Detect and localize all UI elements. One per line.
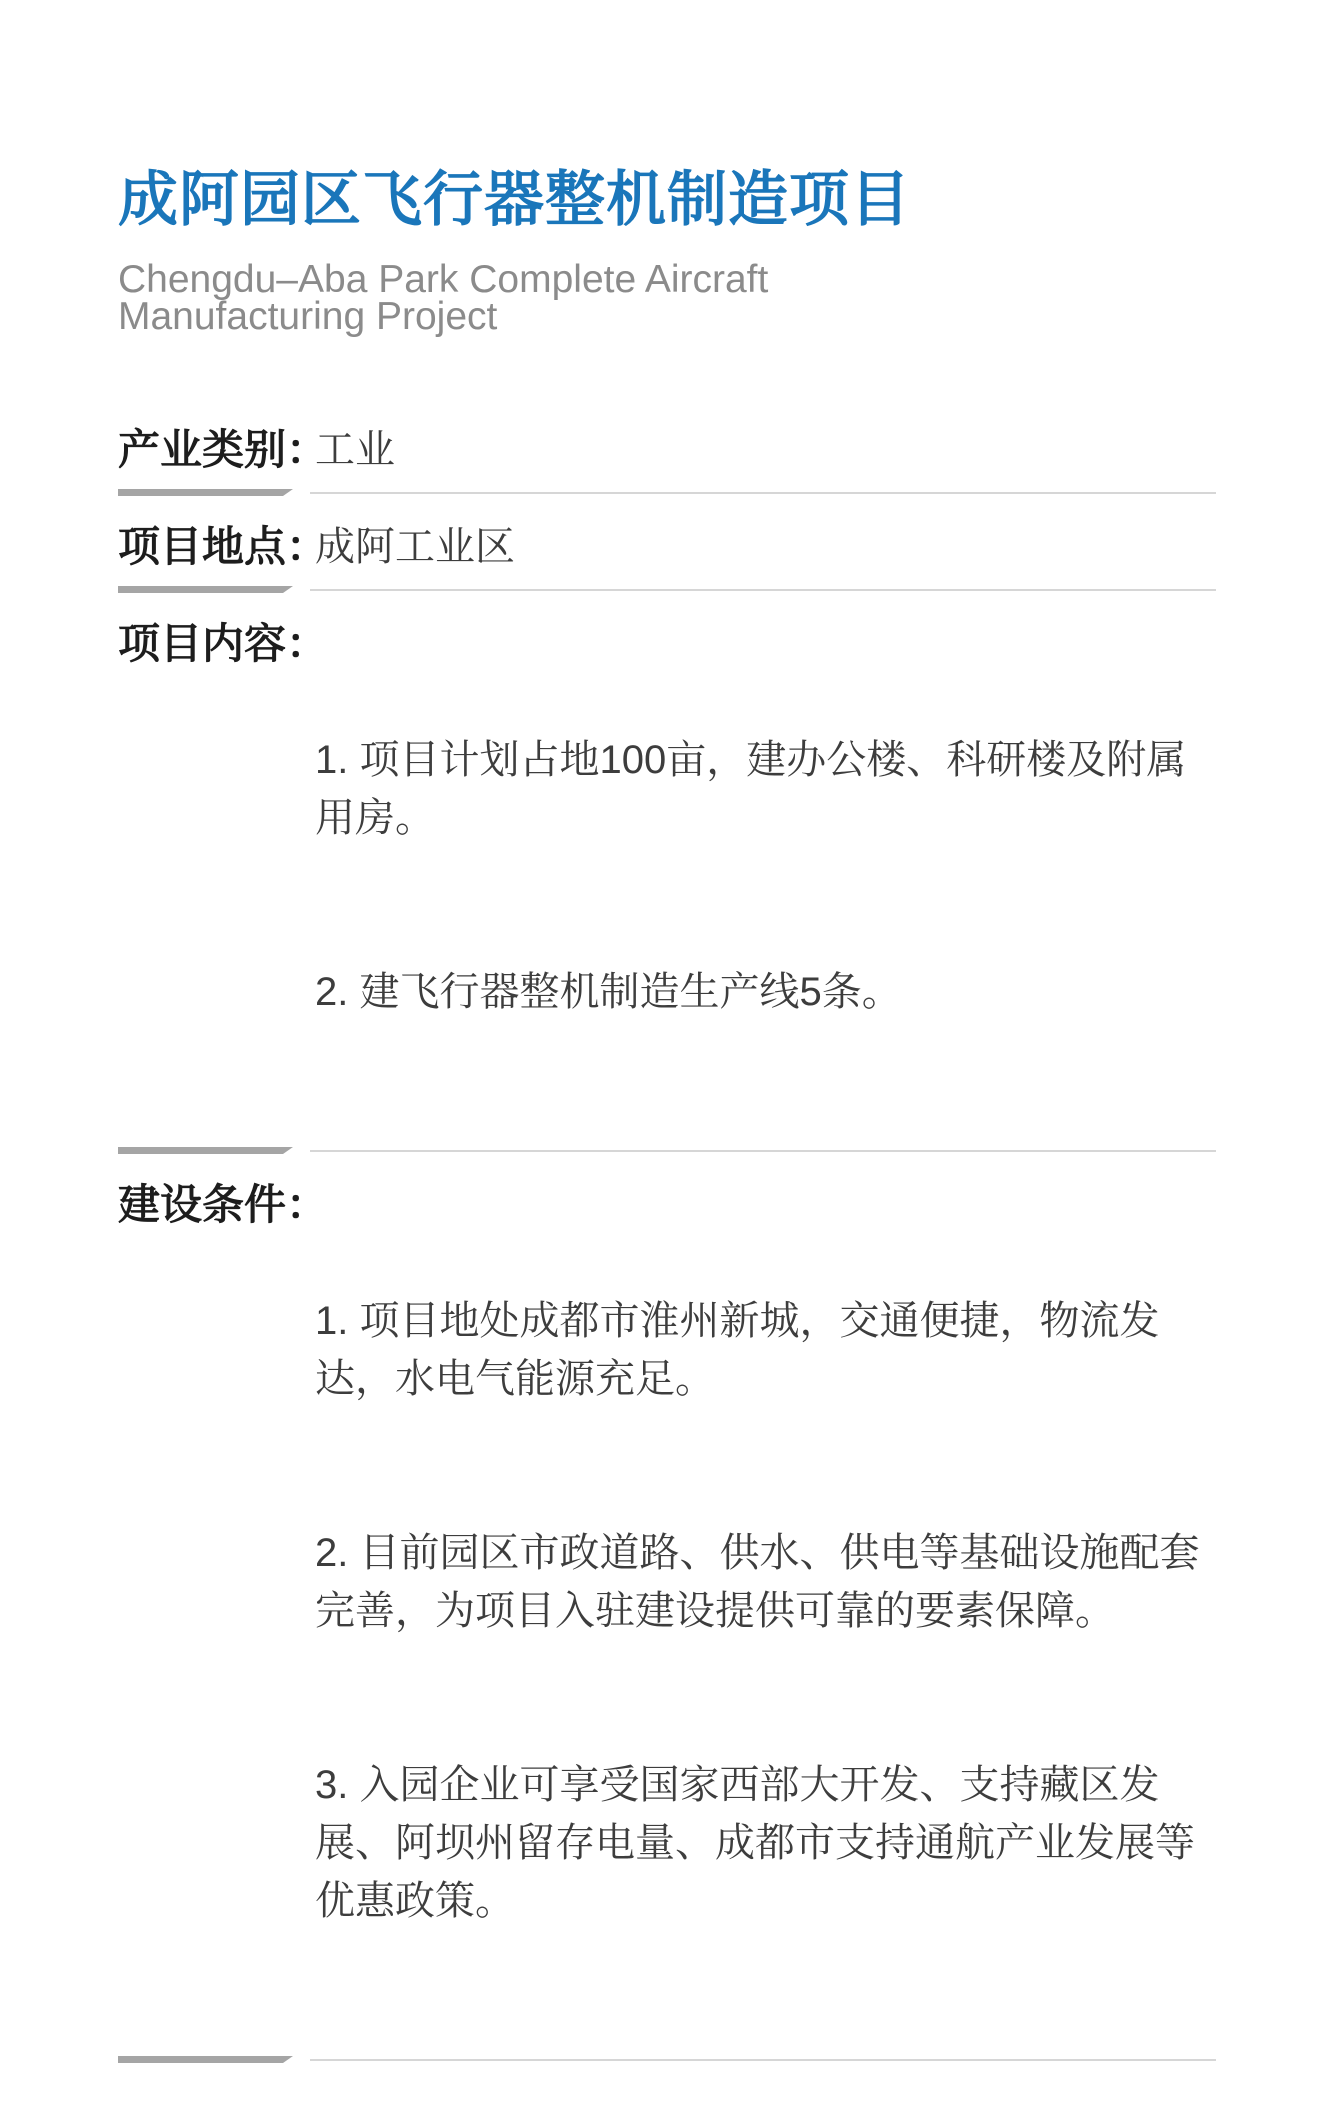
project-location-value: 成阿工业区: [315, 518, 1216, 576]
project-content-value: 1. 项目计划占地100亩，建办公楼、科研楼及附属 用房。 2. 建飞行器整机制…: [315, 615, 1216, 1137]
page-content: 成阿园区飞行器整机制造项目 Chengdu–Aba Park Complete …: [0, 0, 1334, 2063]
construction-conditions-item-1: 1. 项目地处成都市淮州新城，交通便捷，物流发 达，水电气能源充足。: [315, 1292, 1216, 1408]
divider-gap: [293, 492, 310, 493]
construction-conditions-item-2: 2. 目前园区市政道路、供水、供电等基础设施配套 完善，为项目入驻建设提供可靠的…: [315, 1524, 1216, 1640]
project-content-label: 项目内容：: [118, 615, 315, 673]
divider-gap: [293, 1150, 310, 1151]
divider-thick-bar: [118, 586, 293, 593]
row-divider: [118, 1147, 1216, 1154]
divider-thin-line: [310, 1150, 1216, 1152]
row-divider: [118, 2056, 1216, 2063]
industry-category-label: 产业类别：: [118, 421, 315, 479]
construction-conditions-item-3: 3. 入园企业可享受国家西部大开发、支持藏区发 展、阿坝州留存电量、成都市支持通…: [315, 1756, 1216, 1930]
divider-thick-bar: [118, 2056, 293, 2063]
project-info-list: 产业类别： 工业 项目地点： 成阿工业区 项目内容： 1. 项目计划占: [118, 421, 1216, 2063]
project-location-label: 项目地点：: [118, 518, 315, 576]
row-divider: [118, 489, 1216, 496]
project-content-item-1: 1. 项目计划占地100亩，建办公楼、科研楼及附属 用房。: [315, 731, 1216, 847]
row-divider: [118, 586, 1216, 593]
divider-thin-line: [310, 492, 1216, 494]
divider-thick-bar: [118, 1147, 293, 1154]
info-row-project-location: 项目地点： 成阿工业区: [118, 518, 1216, 576]
project-title-en: Chengdu–Aba Park Complete Aircraft Manuf…: [118, 261, 1216, 335]
info-row-construction-conditions: 建设条件： 1. 项目地处成都市淮州新城，交通便捷，物流发 达，水电气能源充足。…: [118, 1176, 1216, 2046]
industry-category-value: 工业: [315, 421, 1216, 479]
divider-thin-line: [310, 589, 1216, 591]
divider-gap: [293, 589, 310, 590]
divider-thick-bar: [118, 489, 293, 496]
construction-conditions-label: 建设条件：: [118, 1176, 315, 1234]
project-title-zh: 成阿园区飞行器整机制造项目: [118, 168, 1216, 232]
info-row-project-content: 项目内容： 1. 项目计划占地100亩，建办公楼、科研楼及附属 用房。 2. 建…: [118, 615, 1216, 1137]
divider-gap: [293, 2059, 310, 2060]
project-content-item-2: 2. 建飞行器整机制造生产线5条。: [315, 963, 1216, 1021]
document-page: 成阿园区飞行器整机制造项目 Chengdu–Aba Park Complete …: [0, 0, 1334, 2102]
divider-thin-line: [310, 2059, 1216, 2061]
info-row-industry-category: 产业类别： 工业: [118, 421, 1216, 479]
construction-conditions-value: 1. 项目地处成都市淮州新城，交通便捷，物流发 达，水电气能源充足。 2. 目前…: [315, 1176, 1216, 2046]
